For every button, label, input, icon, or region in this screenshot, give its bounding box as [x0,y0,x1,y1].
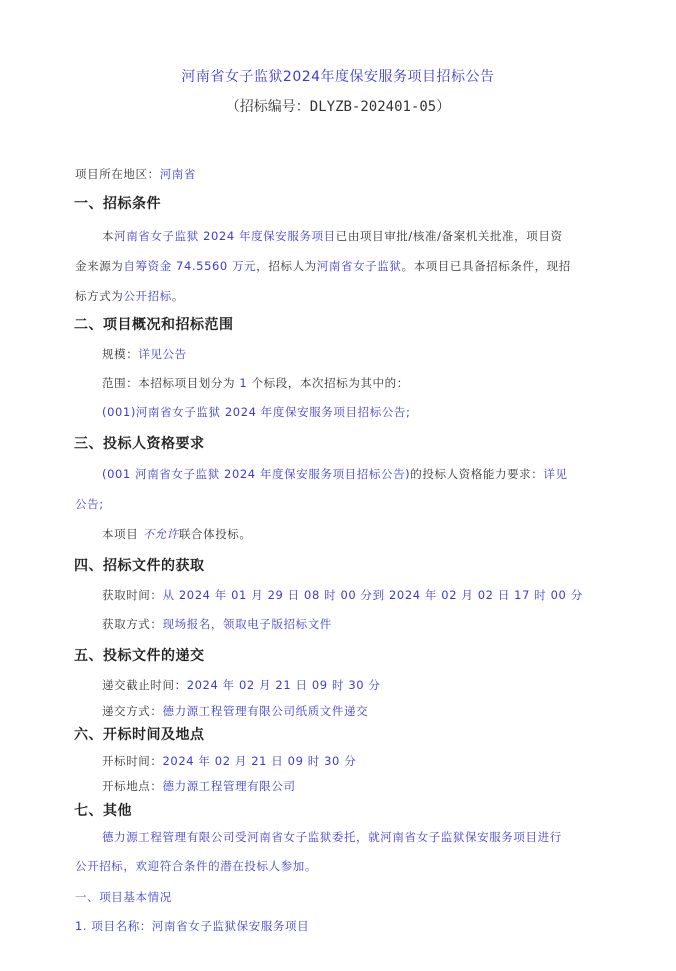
tender-number-close: ） [436,99,450,115]
qualification-line2: 公告; [75,496,104,512]
range-line: 范围：本招标项目划分为 1 个标段，本次招标为其中的： [102,375,409,391]
tender-method: 公开招标 [123,289,171,303]
consortium-line: 本项目 不允许联合体投标。 [102,526,252,542]
lot-line: (001)河南省女子监狱 2024 年度保安服务项目招标公告; [102,404,410,420]
section-heading-7: 七、其他 [74,800,132,820]
other-paragraph-line2: 公开招标，欢迎符合条件的潜在投标人参加。 [75,858,317,874]
text: 本 [102,229,114,243]
section1-paragraph-line2: 金来源为自筹资金 74.5560 万元，招标人为河南省女子监狱。本项目已具备招标… [75,258,571,274]
opening-place-line: 开标地点：德力源工程管理有限公司 [102,778,296,794]
section-heading-3: 三、投标人资格要求 [74,433,205,453]
obtain-time-line: 获取时间：从 2024 年 01 月 29 日 08 时 00 分到 2024 … [102,587,583,603]
opening-place-value: 德力源工程管理有限公司 [163,779,296,793]
opening-time-line: 开标时间：2024 年 02 月 21 日 09 时 30 分 [102,753,356,769]
section-heading-5: 五、投标文件的递交 [74,645,205,665]
scale-line: 规模：详见公告 [102,346,187,362]
obtain-time-value: 从 2024 年 01 月 29 日 08 时 00 分到 2024 年 02 … [163,588,583,602]
text: 本项目 [102,527,138,541]
opening-time-label: 开标时间： [102,754,163,768]
text: 范围：本招标项目划分为 [102,376,235,390]
tenderer-name: 河南省女子监狱 [317,259,402,273]
qualification-value: 详见 [543,467,567,481]
tender-number: （招标编号：DLYZB-202401-05） [0,96,676,116]
obtain-method-label: 获取方式： [102,617,163,631]
document-title: 河南省女子监狱2024年度保安服务项目招标公告 [0,66,676,86]
obtain-method-line: 获取方式：现场报名，领取电子版招标文件 [102,616,332,632]
text: 金来源为 [75,259,123,273]
lot-count: 1 [239,376,247,390]
submit-method-line: 递交方式：德力源工程管理有限公司纸质文件递交 [102,703,368,719]
text: 的投标人资格能力要求： [410,467,543,481]
consortium-value: 不允许 [143,527,179,541]
submit-method-label: 递交方式： [102,704,163,718]
project-name-item: 1. 项目名称：河南省女子监狱保安服务项目 [75,918,309,934]
opening-time-value: 2024 年 02 月 21 日 09 时 30 分 [163,754,357,768]
region-label: 项目所在地区： [75,167,160,181]
qualification-line1: (001 河南省女子监狱 2024 年度保安服务项目招标公告)的投标人资格能力要… [102,466,568,482]
section-heading-6: 六、开标时间及地点 [74,724,205,744]
text: 已由项目审批/核准/备案机关批准，项目资 [336,229,563,243]
scale-value: 详见公告 [138,347,186,361]
scale-label: 规模： [102,347,138,361]
text: 联合体投标。 [179,527,252,541]
text: 标方式为 [75,289,123,303]
region-value: 河南省 [160,167,196,181]
opening-place-label: 开标地点： [102,779,163,793]
section1-paragraph-line1: 本河南省女子监狱 2024 年度保安服务项目已由项目审批/核准/备案机关批准，项… [102,228,563,244]
section-heading-2: 二、项目概况和招标范围 [74,314,234,334]
tender-number-open: （招标编号： [226,99,310,115]
section1-paragraph-line3: 标方式为公开招标。 [75,288,184,304]
deadline-line: 递交截止时间：2024 年 02 月 21 日 09 时 30 分 [102,677,381,693]
text: 。本项目已具备招标条件，现招 [401,259,570,273]
obtain-method-value: 现场报名，领取电子版招标文件 [163,617,332,631]
text: ，招标人为 [256,259,317,273]
text: 。 [172,289,184,303]
basic-info-heading: 一、项目基本情况 [75,889,172,905]
deadline-value: 2024 年 02 月 21 日 09 时 30 分 [187,678,381,692]
obtain-time-label: 获取时间： [102,588,163,602]
section-heading-4: 四、招标文件的获取 [74,555,205,575]
lot-reference: (001 河南省女子监狱 2024 年度保安服务项目招标公告) [102,467,410,481]
deadline-label: 递交截止时间： [102,678,187,692]
tender-number-code: DLYZB-202401-05 [310,99,436,115]
text: 个标段，本次招标为其中的： [252,376,409,390]
fund-source: 自筹资金 74.5560 万元 [123,259,256,273]
project-name: 河南省女子监狱 2024 年度保安服务项目 [114,229,336,243]
other-paragraph-line1: 德力源工程管理有限公司受河南省女子监狱委托，就河南省女子监狱保安服务项目进行 [102,829,562,845]
section-heading-1: 一、招标条件 [74,193,161,213]
submit-method-value: 德力源工程管理有限公司纸质文件递交 [163,704,369,718]
project-region: 项目所在地区：河南省 [75,166,196,182]
